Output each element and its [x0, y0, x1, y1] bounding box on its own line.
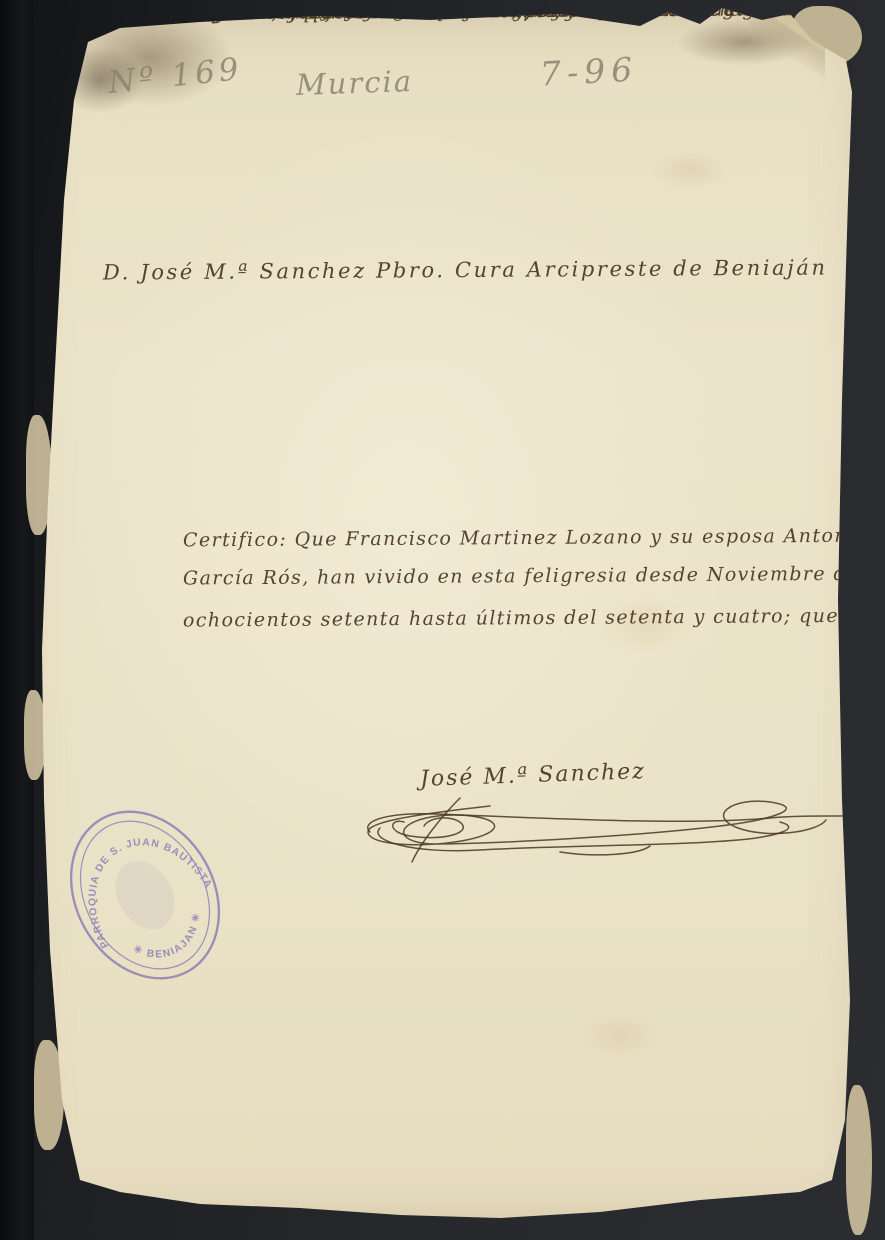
text-line: ochocientos setenta hasta últimos del se… [183, 604, 885, 631]
document-page: Nº 169 Murcia 7-96 D. José M.ª Sanchez P… [0, 0, 885, 1240]
stamp-emblem [104, 850, 187, 940]
pencil-code-note: 7-96 [539, 49, 639, 93]
text-line: ochocientos noventa y seis. [93, 0, 389, 23]
text-line: García Rós, han vivido en esta feligresi… [183, 562, 885, 589]
document-heading: D. José M.ª Sanchez Pbro. Cura Arciprest… [103, 255, 828, 284]
signature: José M.ª Sanchez [420, 759, 647, 792]
text-line: Certifico: Que Francisco Martinez Lozano… [183, 525, 868, 552]
book-spine-shadow [0, 0, 34, 1240]
pencil-ref-number: Nº 169 [106, 51, 244, 101]
torn-edge-flap [24, 690, 46, 780]
parish-stamp: PARROQUIA DE S. JUAN BAUTISTA ✳ BENIAJAN… [33, 775, 258, 1015]
pencil-place-note: Murcia [295, 64, 413, 102]
torn-edge-flap [846, 1085, 872, 1235]
signature-rubric [340, 788, 885, 872]
